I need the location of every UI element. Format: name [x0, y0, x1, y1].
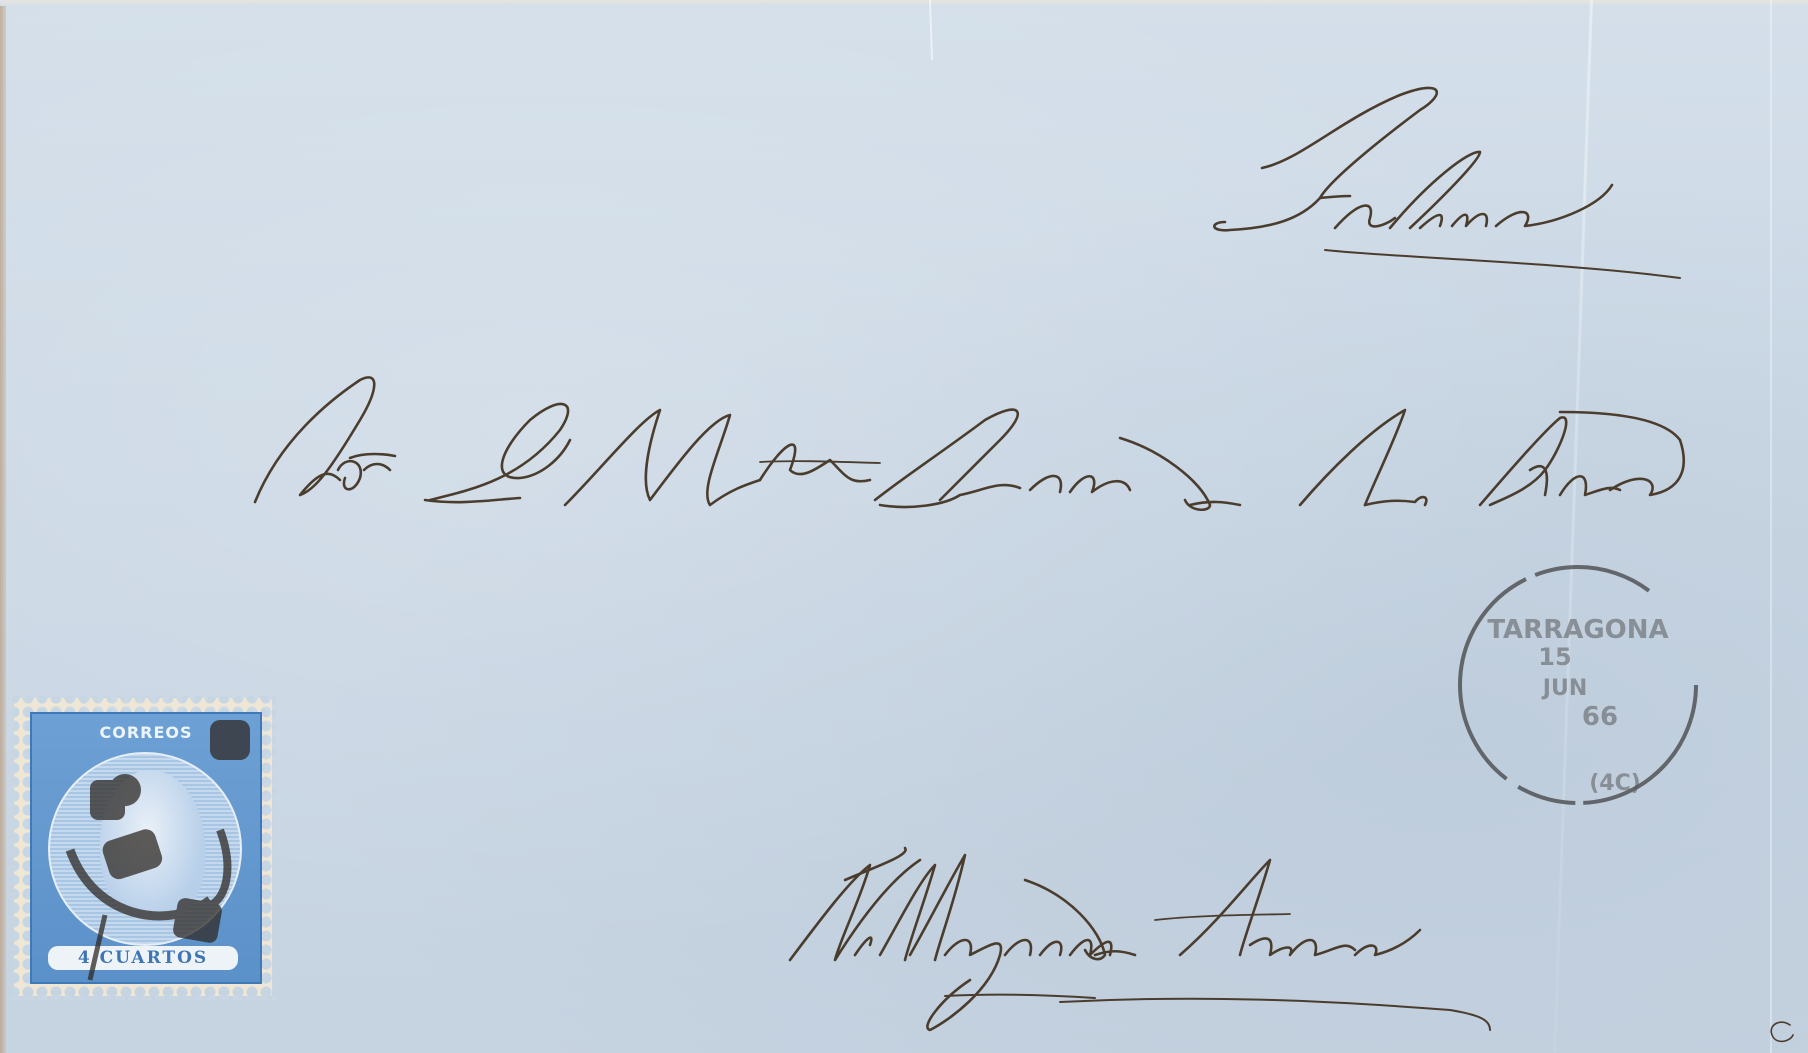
handwriting-recipient	[255, 377, 1684, 509]
stamp-top-label: CORREOS	[76, 723, 216, 745]
corner-mark-glyph	[1771, 1022, 1793, 1041]
handwriting-destination	[790, 848, 1490, 1030]
handwriting-galicia	[1214, 88, 1680, 278]
stamp-portrait	[100, 770, 205, 920]
stamp-value-label: 4 CUARTOS	[48, 946, 238, 970]
